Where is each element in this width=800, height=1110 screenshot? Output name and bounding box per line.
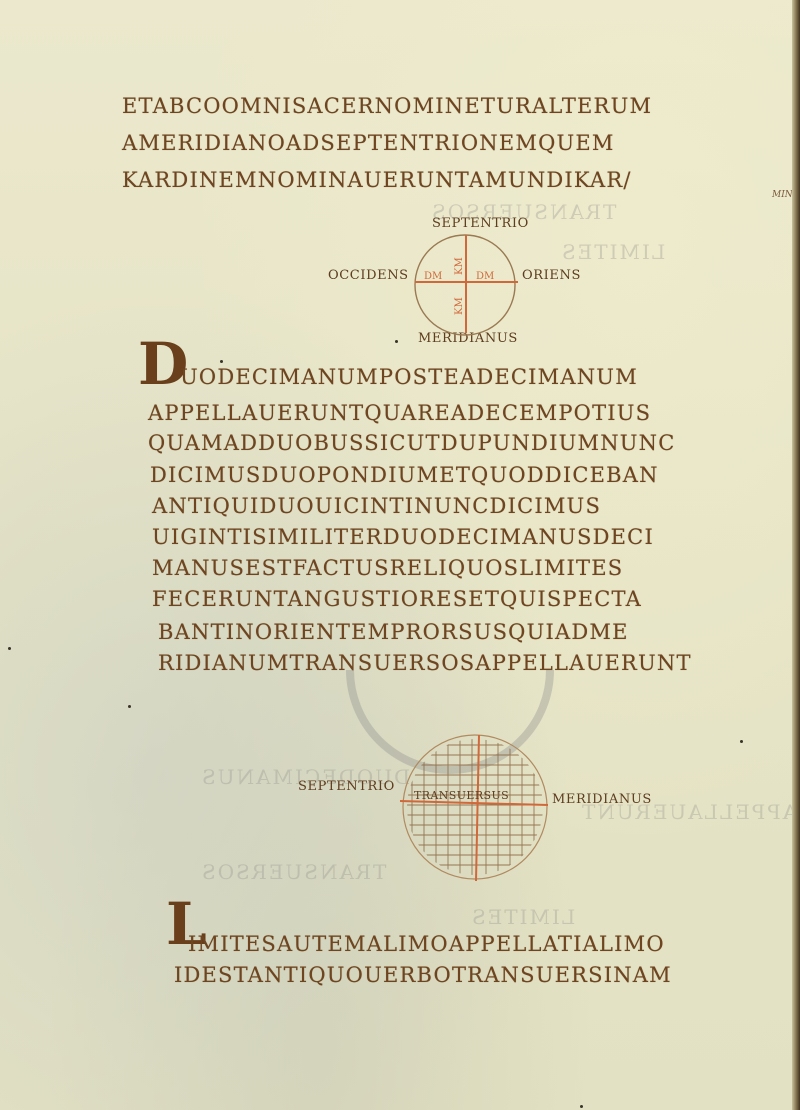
parchment-speck (395, 340, 398, 343)
text-line: APPELLAUERUNTQUAREADECEMPOTIUS (148, 401, 651, 425)
show-through-text: LIMITES (560, 240, 665, 264)
margin-note: MIN (772, 190, 793, 200)
text-line: QUAMADDUOBUSSICUTDUPUNDIUMNUNC (148, 431, 676, 455)
diagram-label-septentrio: SEPTENTRIO (298, 779, 395, 794)
show-through-text: LIMITES (470, 905, 575, 929)
text-line: IDESTANTIQUOUERBOTRANSUERSINAM (174, 963, 672, 987)
show-through-text: TRANSUERSOS (200, 860, 386, 884)
parchment-speck (740, 740, 743, 743)
svg-text:DM: DM (476, 271, 494, 282)
text-line: DICIMUSDUOPONDIUMETQUODDICEBAN (150, 463, 659, 487)
text-line: UIGINTISIMILITERDUODECIMANUSDECI (152, 525, 654, 549)
parchment-speck (220, 360, 223, 363)
diagram-label-meridianus: MERIDIANUS (552, 792, 652, 807)
text-line: ANTIQUIDUOUICINTINUNCDICIMUS (152, 494, 601, 518)
binding-gutter (792, 0, 800, 1110)
text-line: IMITESAUTEMALIMOAPPELLATIALIMO (188, 932, 665, 956)
text-line: AMERIDIANOADSEPTENTRIONEMQUEM (122, 131, 615, 155)
gridded-globe-diagram: TRANSUERSUS (400, 735, 550, 883)
parchment-speck (128, 705, 131, 708)
svg-text:TRANSUERSUS: TRANSUERSUS (414, 789, 509, 802)
svg-text:KM: KM (454, 257, 465, 275)
text-line: UODECIMANUMPOSTEADECIMANUM (180, 365, 638, 389)
diagram-label-oriens: ORIENS (522, 268, 581, 283)
cardinal-cross-diagram: DM DM KM KM (410, 235, 520, 335)
diagram-label-septentrio: SEPTENTRIO (432, 216, 529, 231)
svg-text:DM: DM (424, 271, 442, 282)
text-line: MANUSESTFACTUSRELIQUOSLIMITES (152, 556, 623, 580)
svg-text:KM: KM (454, 297, 465, 315)
text-line: FECERUNTANGUSTIORESETQUISPECTA (152, 587, 642, 611)
parchment-speck (8, 647, 11, 650)
text-line: ETABCOOMNISACERNOMINETURALTERUM (122, 94, 652, 118)
text-line: KARDINEMNOMINAUERUNTAMUNDIKAR/ (122, 168, 632, 192)
diagram-label-occidens: OCCIDENS (328, 268, 409, 283)
text-line: RIDIANUMTRANSUERSOSAPPELLAUERUNT (158, 651, 692, 675)
manuscript-folio: TRANSUERSOS LIMITES DUODECIMANUS APPELLA… (0, 0, 800, 1110)
parchment-speck (580, 1105, 583, 1108)
text-line: BANTINORIENTEMPRORSUSQUIADME (158, 620, 629, 644)
